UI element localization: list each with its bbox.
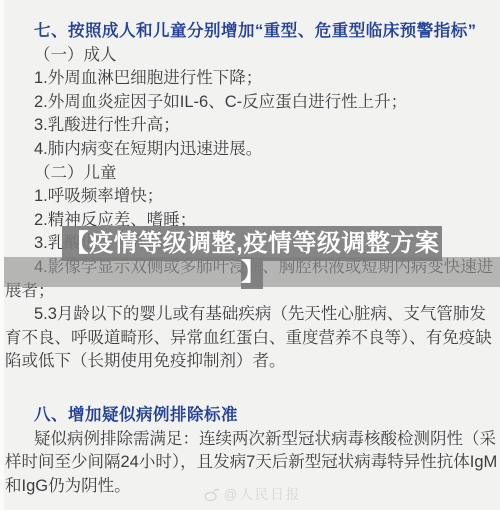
children-item-1: 1.呼吸频率增快； (5, 185, 498, 209)
watermark-text-line1: 【疫情等级调整,疫情等级调整方案 (62, 226, 442, 261)
adult-item-4: 4.肺内病变在短期内迅速进展。 (5, 138, 498, 162)
section-8-heading: 八、增加疑似病例排除标准 (5, 404, 498, 428)
watermark-text-line2: 】 (241, 261, 263, 289)
children-item-5: 5.3月龄以下的婴儿或有基础疾病（先天性心脏病、支气管肺发育不良、呼吸道畸形、异… (5, 303, 498, 374)
children-subsection-label: （二）儿童 (5, 162, 498, 186)
footer-watermark-handle: @人民日报 (224, 487, 302, 502)
adult-item-2: 2.外周血炎症因子如IL-6、C-反应蛋白进行性上升； (5, 91, 498, 115)
adult-subsection-label: （一）成人 (5, 44, 498, 68)
adult-item-3: 3.乳酸进行性升高； (5, 114, 498, 138)
footer-watermark: @人民日报 (4, 487, 500, 503)
section-7-heading: 七、按照成人和儿童分别增加“重型、危重型临床预警指标” (5, 20, 498, 44)
adult-item-1: 1.外周血淋巴细胞进行性下降； (5, 67, 498, 91)
watermark-overlay: 【疫情等级调整,疫情等级调整方案 】 (62, 226, 442, 289)
document-page: 七、按照成人和儿童分别增加“重型、危重型临床预警指标” （一）成人 1.外周血淋… (0, 0, 500, 510)
weibo-logo-icon (203, 487, 220, 502)
